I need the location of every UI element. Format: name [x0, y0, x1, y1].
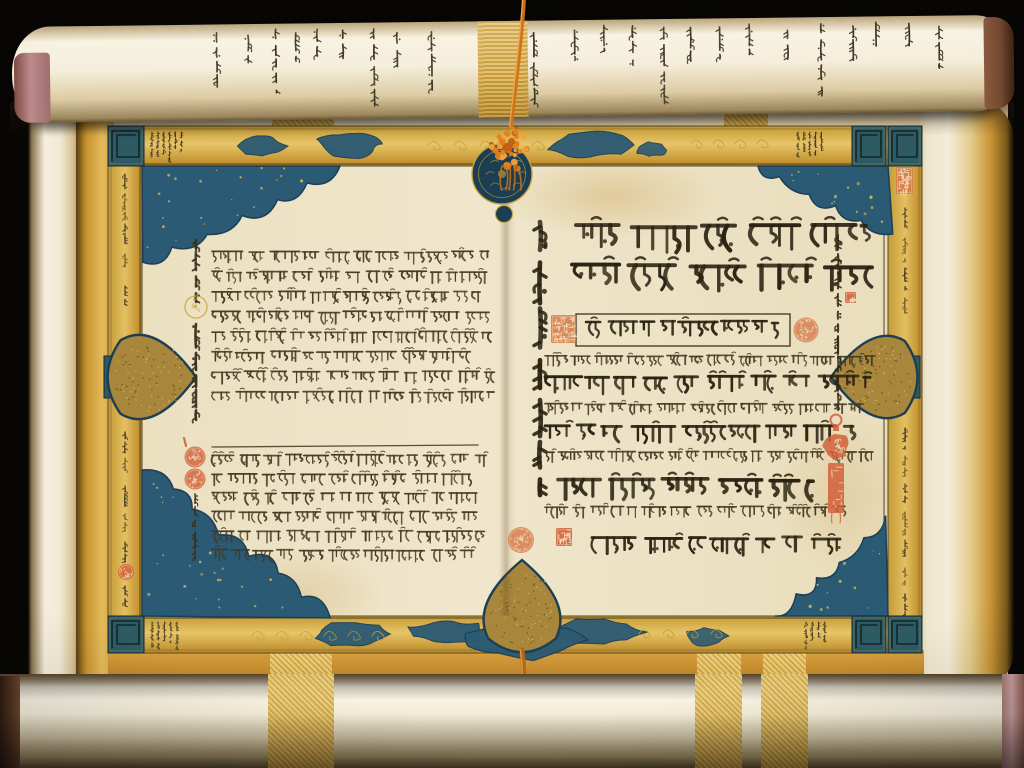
roll-gold-stripe	[268, 674, 334, 768]
right-inner-margin-script	[835, 235, 842, 410]
right-bottom-seals	[508, 527, 574, 553]
hanging-cord	[510, 0, 524, 126]
bottom-scroll-roll	[0, 674, 1024, 768]
sheet-shadow-on-roll	[0, 674, 1024, 700]
manuscript-scroll-photo	[0, 0, 1024, 768]
roll-gold-stripe	[695, 674, 742, 768]
right-text-lines	[545, 352, 875, 555]
roll-gold-stripe	[761, 674, 808, 768]
tassel-and-medallion	[0, 0, 1024, 260]
headline-box	[551, 314, 819, 346]
vertical-brush-column	[534, 222, 547, 495]
bottom-roll-end-cap-left	[0, 676, 20, 768]
bottom-roll-end-cap-right	[1002, 674, 1024, 768]
